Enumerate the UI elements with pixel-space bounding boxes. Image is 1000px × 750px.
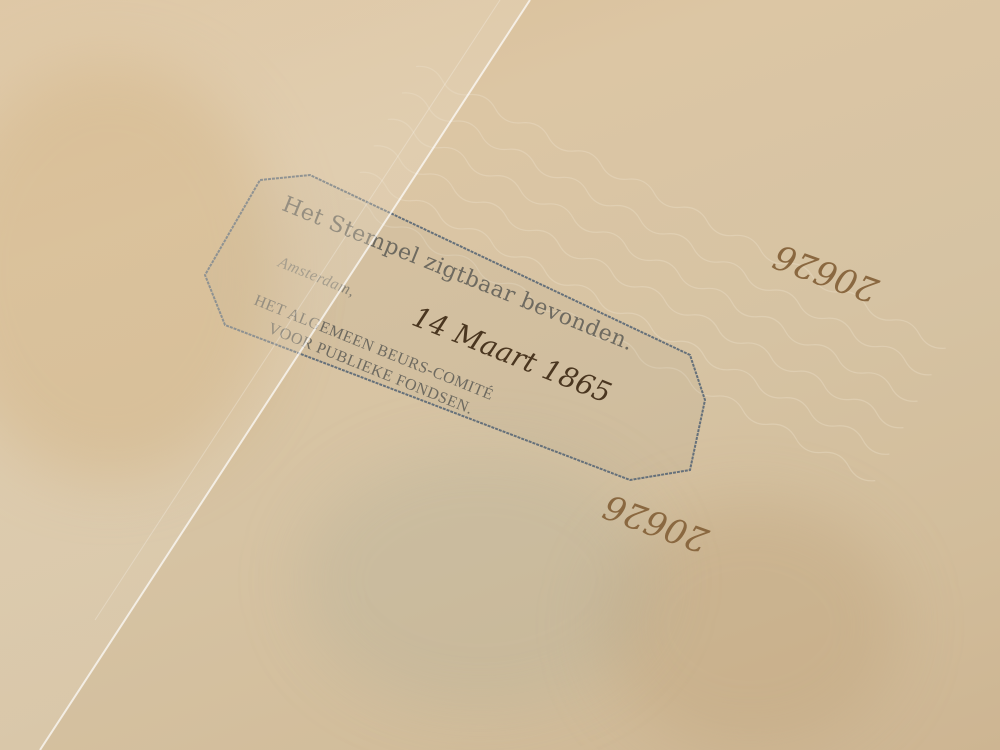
- sheet-edge: [0, 0, 1000, 750]
